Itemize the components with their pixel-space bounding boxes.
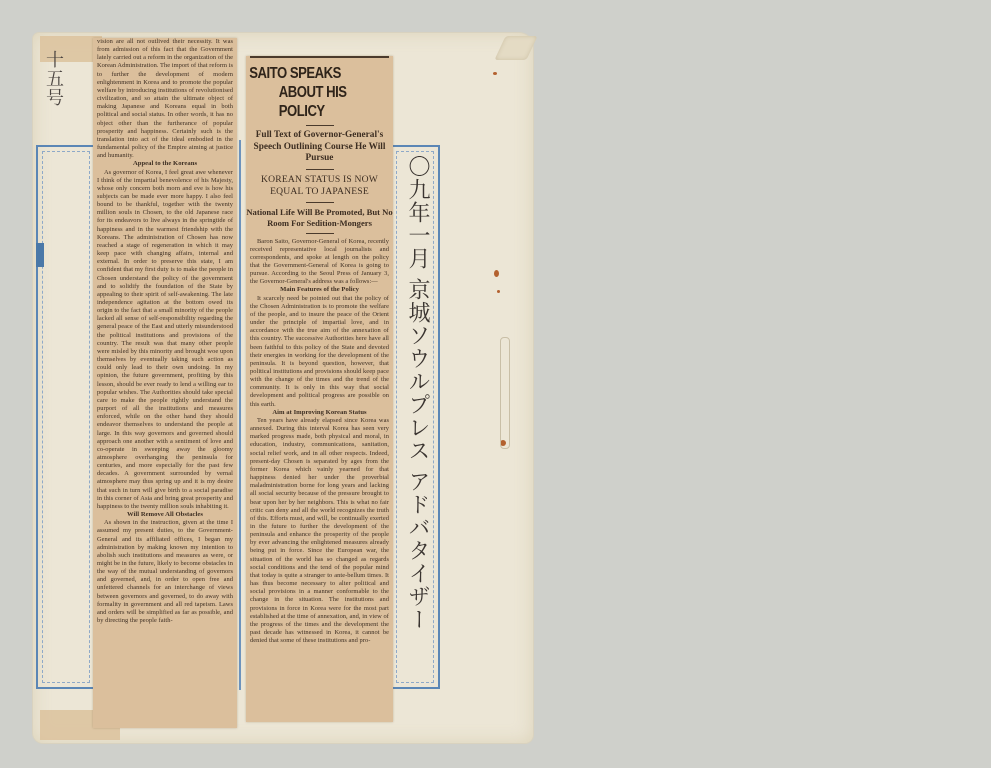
divider (306, 233, 334, 234)
divider (306, 169, 334, 170)
blue-frame-left (36, 145, 94, 689)
divider (306, 202, 334, 203)
subhead: Appeal to the Koreans (97, 160, 233, 168)
subhead: Will Remove All Obstacles (97, 511, 233, 519)
subhead: Main Features of the Policy (250, 286, 389, 294)
rust-stain (497, 290, 500, 293)
paragraph: As shown in the instruction, given at th… (97, 519, 233, 625)
paragraph: vision are all not outlived their necess… (97, 38, 233, 160)
top-rule (250, 56, 389, 58)
clipping-left-column: vision are all not outlived their necess… (93, 38, 237, 728)
deck-1: Full Text of Governor-General's Speech O… (246, 130, 393, 165)
paragraph: As governor of Korea, I feel great awe w… (97, 169, 233, 512)
blue-line-center (239, 140, 241, 690)
handwritten-note-top-left: 十五号 (44, 50, 62, 107)
deck-2: KOREAN STATUS IS NOW EQUAL TO JAPANESE (246, 174, 393, 198)
divider (306, 125, 334, 126)
handwritten-note-right-margin: 〇九年一月 京城ソウルプレス アドバタイザー (405, 155, 429, 631)
blue-tab-mark (36, 243, 44, 267)
rust-stain (493, 72, 497, 75)
paragraph: It scarcely need be pointed out that the… (250, 295, 389, 409)
paragraph: Ten years have already elapsed since Kor… (250, 417, 389, 645)
headline-line-2: ABOUT HIS POLICY (246, 83, 367, 121)
headline-line-1: SAITO SPEAKS (246, 64, 367, 83)
subhead: Aim at Improving Korean Status (250, 409, 389, 417)
rust-stain (494, 270, 499, 277)
pin-hole-mark (500, 337, 510, 449)
clipping-right-column: SAITO SPEAKS ABOUT HIS POLICY Full Text … (246, 56, 393, 722)
paragraph: Baron Saito, Governor-General of Korea, … (250, 238, 389, 287)
deck-3: National Life Will Be Promoted, But No R… (246, 207, 393, 229)
